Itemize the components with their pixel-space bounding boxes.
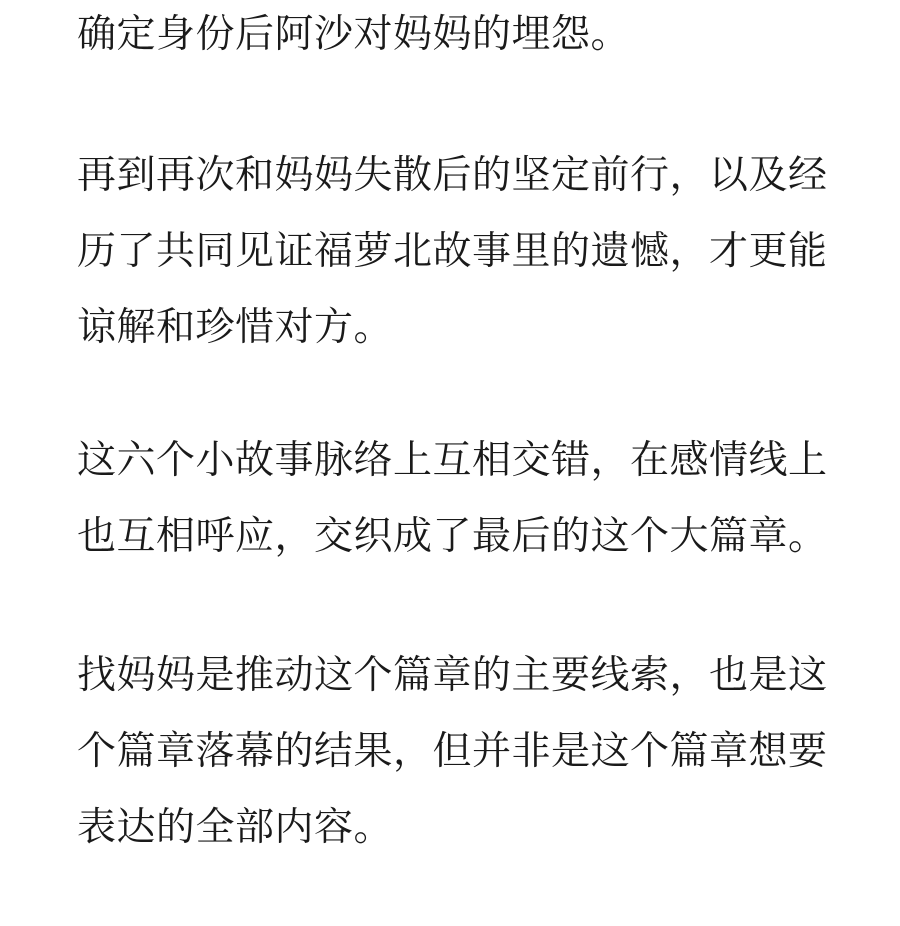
text-line: 历了共同见证福萝北故事里的遗憾，才更能 xyxy=(77,214,828,290)
paragraph: 确定身份后阿沙对妈妈的埋怨。 xyxy=(77,0,630,73)
paragraph: 再到再次和妈妈失散后的坚定前行，以及经 历了共同见证福萝北故事里的遗憾，才更能 … xyxy=(77,138,828,366)
text-line: 也互相呼应，交织成了最后的这个大篇章。 xyxy=(77,499,828,575)
text-line: 再到再次和妈妈失散后的坚定前行，以及经 xyxy=(77,138,828,214)
text-line: 这六个小故事脉络上互相交错，在感情线上 xyxy=(77,423,828,499)
text-line: 确定身份后阿沙对妈妈的埋怨。 xyxy=(77,0,630,73)
text-line: 找妈妈是推动这个篇章的主要线索，也是这 xyxy=(77,638,828,714)
text-line: 表达的全部内容。 xyxy=(77,790,828,866)
text-line: 个篇章落幕的结果，但并非是这个篇章想要 xyxy=(77,714,828,790)
paragraph: 找妈妈是推动这个篇章的主要线索，也是这 个篇章落幕的结果，但并非是这个篇章想要 … xyxy=(77,638,828,866)
paragraph: 这六个小故事脉络上互相交错，在感情线上 也互相呼应，交织成了最后的这个大篇章。 xyxy=(77,423,828,575)
text-line: 谅解和珍惜对方。 xyxy=(77,290,828,366)
